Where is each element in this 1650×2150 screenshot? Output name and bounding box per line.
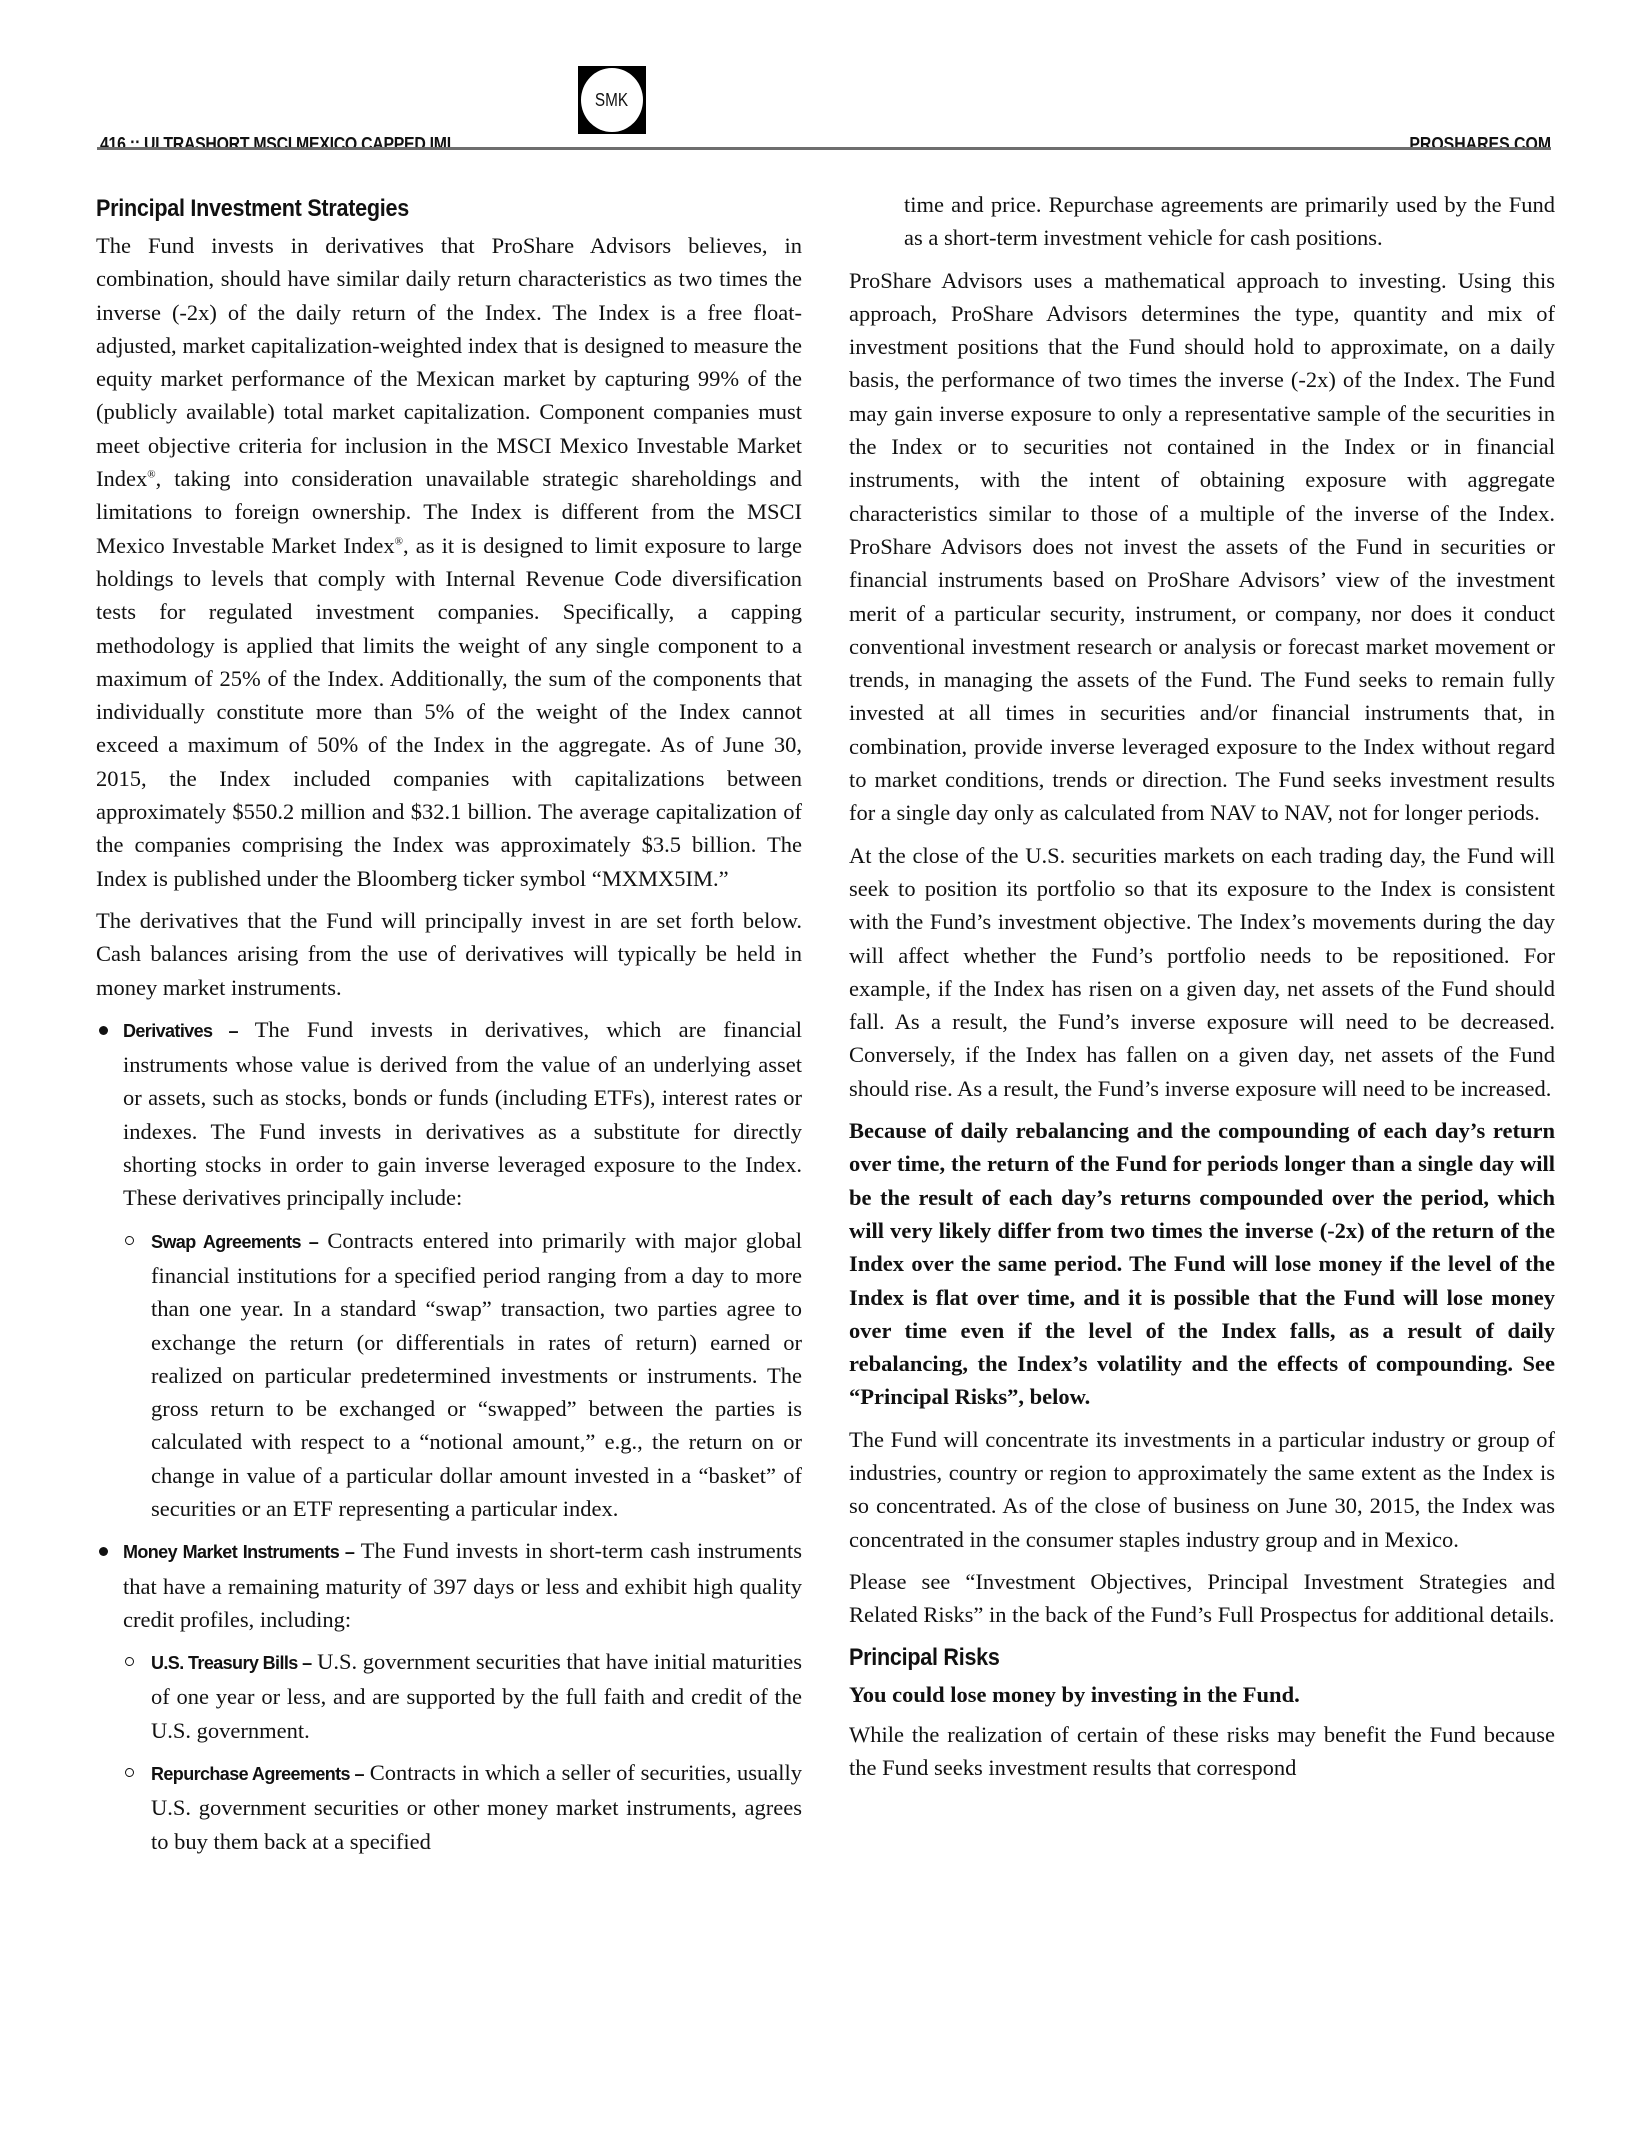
section-heading-risks: Principal Risks bbox=[849, 1641, 1470, 1674]
list-item-money-market: Money Market Instruments – The Fund inve… bbox=[96, 1534, 802, 1858]
compounding-warning: Because of daily rebalancing and the com… bbox=[849, 1114, 1555, 1414]
header-separator: :: bbox=[130, 134, 140, 154]
strategies-paragraph-2: The derivatives that the Fund will princ… bbox=[96, 904, 802, 1004]
definition-derivatives: The Fund invests in derivatives, which a… bbox=[123, 1017, 802, 1210]
concentration-paragraph: The Fund will concentrate its investment… bbox=[849, 1423, 1555, 1556]
ticker-badge: SMK bbox=[578, 66, 646, 134]
fund-title: ULTRASHORT MSCI MEXICO CAPPED IMI bbox=[144, 134, 451, 154]
risks-paragraph: While the realization of certain of thes… bbox=[849, 1718, 1555, 1785]
approach-paragraph: ProShare Advisors uses a mathematical ap… bbox=[849, 264, 1555, 830]
repurchase-continuation: time and price. Repurchase agreements ar… bbox=[849, 188, 1555, 255]
strategies-paragraph-1: The Fund invests in derivatives that Pro… bbox=[96, 229, 802, 895]
page-number: 416 bbox=[100, 134, 126, 154]
ticker-badge-circle: SMK bbox=[581, 68, 643, 132]
definition-swap-agreements: Contracts entered into primarily with ma… bbox=[151, 1228, 802, 1521]
see-also-paragraph: Please see “Investment Objectives, Princ… bbox=[849, 1565, 1555, 1632]
left-column: Principal Investment Strategies The Fund… bbox=[96, 192, 802, 1867]
term-repurchase-agreements: Repurchase Agreements – bbox=[151, 1764, 364, 1784]
section-heading-strategies: Principal Investment Strategies bbox=[96, 192, 717, 225]
list-item-repurchase-agreements: Repurchase Agreements – Contracts in whi… bbox=[123, 1756, 802, 1858]
term-swap-agreements: Swap Agreements – bbox=[151, 1232, 318, 1252]
money-market-sublist: U.S. Treasury Bills – U.S. government se… bbox=[123, 1645, 802, 1858]
site-link[interactable]: PROSHARES.COM bbox=[1409, 134, 1551, 155]
term-treasury-bills: U.S. Treasury Bills – bbox=[151, 1653, 311, 1673]
risks-lead: You could lose money by investing in the… bbox=[849, 1678, 1555, 1711]
header-rule bbox=[97, 147, 1551, 150]
registered-mark: ® bbox=[147, 469, 155, 481]
term-derivatives: Derivatives – bbox=[123, 1021, 238, 1041]
header-title: 416 :: ULTRASHORT MSCI MEXICO CAPPED IMI bbox=[100, 134, 451, 155]
list-item-swap-agreements: Swap Agreements – Contracts entered into… bbox=[123, 1224, 802, 1526]
list-item-treasury-bills: U.S. Treasury Bills – U.S. government se… bbox=[123, 1645, 802, 1747]
derivatives-sublist: Swap Agreements – Contracts entered into… bbox=[123, 1224, 802, 1526]
term-money-market: Money Market Instruments – bbox=[123, 1542, 354, 1562]
right-column: time and price. Repurchase agreements ar… bbox=[849, 188, 1555, 1793]
page-header: 416 :: ULTRASHORT MSCI MEXICO CAPPED IMI… bbox=[97, 66, 1551, 150]
ticker-label: SMK bbox=[595, 90, 628, 111]
rebalance-paragraph: At the close of the U.S. securities mark… bbox=[849, 839, 1555, 1105]
instrument-list: Derivatives – The Fund invests in deriva… bbox=[96, 1013, 802, 1858]
registered-mark: ® bbox=[395, 535, 403, 547]
list-item-derivatives: Derivatives – The Fund invests in deriva… bbox=[96, 1013, 802, 1525]
